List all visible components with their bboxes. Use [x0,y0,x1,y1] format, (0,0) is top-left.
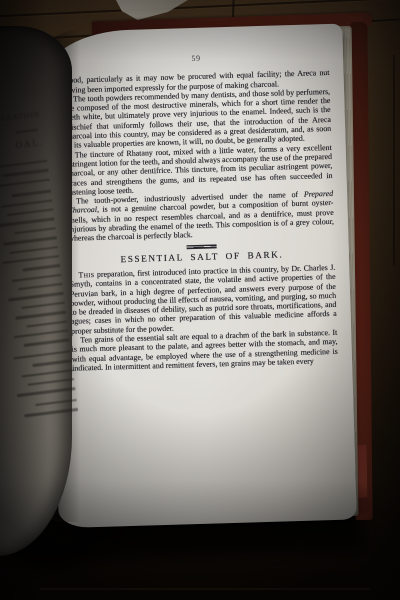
paragraph-rhatany-tincture: The tincture of Rhatany root, mixed with… [66,143,333,197]
page-number: 59 [63,50,329,67]
page-text-block: 59 wood, particularly as it may now be p… [63,50,338,373]
blurred-text-line [3,255,60,264]
blurred-text-group [0,160,50,190]
blurred-text-line [0,218,55,228]
blurred-text-line [3,236,57,245]
blurred-text-line [18,283,63,291]
section-divider-rule [187,244,217,249]
paragraph-text: preparation, first introduced into pract… [70,263,337,336]
paragraph-ten-grains: Ten grains of the essential salt are equ… [71,328,338,373]
wood-plank-joint [393,55,395,265]
blurred-text-line [17,387,76,397]
paragraph-text: , is not a genuine charcoal powder, but … [68,198,334,243]
left-page-small-rule [16,129,38,134]
blurred-text-line [8,292,64,301]
blurred-text-line [11,190,51,197]
blurred-text-line [15,311,66,320]
blurred-text-line [32,359,72,366]
blurred-text-line [26,320,67,327]
blurred-text-line [24,408,78,417]
blurred-text-line [3,169,49,177]
paragraph-prepared-charcoal: The tooth-powder, industriously advertis… [67,189,334,243]
blurred-text-line [23,264,61,271]
small-caps-lead: This [78,270,94,279]
blurred-text-line [13,350,71,359]
blurred-text-line [1,199,53,208]
blurred-text-line [12,274,62,282]
blurred-text-line [0,178,50,187]
blurred-text-line [35,399,77,406]
left-page-heading-fragment: OAL. [0,138,44,156]
blurred-text-group [7,399,78,419]
book-photo-scene: 59 wood, particularly as it may now be p… [0,0,400,600]
blurred-text-line [14,329,69,338]
left-page-curled: PARATION OAL. [0,26,72,556]
blurred-text-line [0,160,48,169]
blurred-text-line [9,246,58,254]
paragraph-tooth-powders: The tooth powders recommended by many de… [64,87,332,151]
wood-plank-groove [40,588,370,590]
blurred-text-line [14,227,56,234]
left-page-heading-fragment: PARATION [0,109,40,126]
paragraph-essential-salt: This preparation, first introduced into … [69,263,337,336]
blurred-text-line [28,378,75,386]
right-page: 59 wood, particularly as it may now be p… [44,24,357,529]
blurred-text-group [1,350,75,398]
blurred-text-line [21,302,65,310]
blurred-text-line [22,369,74,378]
blurred-text-group [0,190,70,350]
blurred-text-line [7,208,54,216]
blurred-text-line [24,339,70,347]
